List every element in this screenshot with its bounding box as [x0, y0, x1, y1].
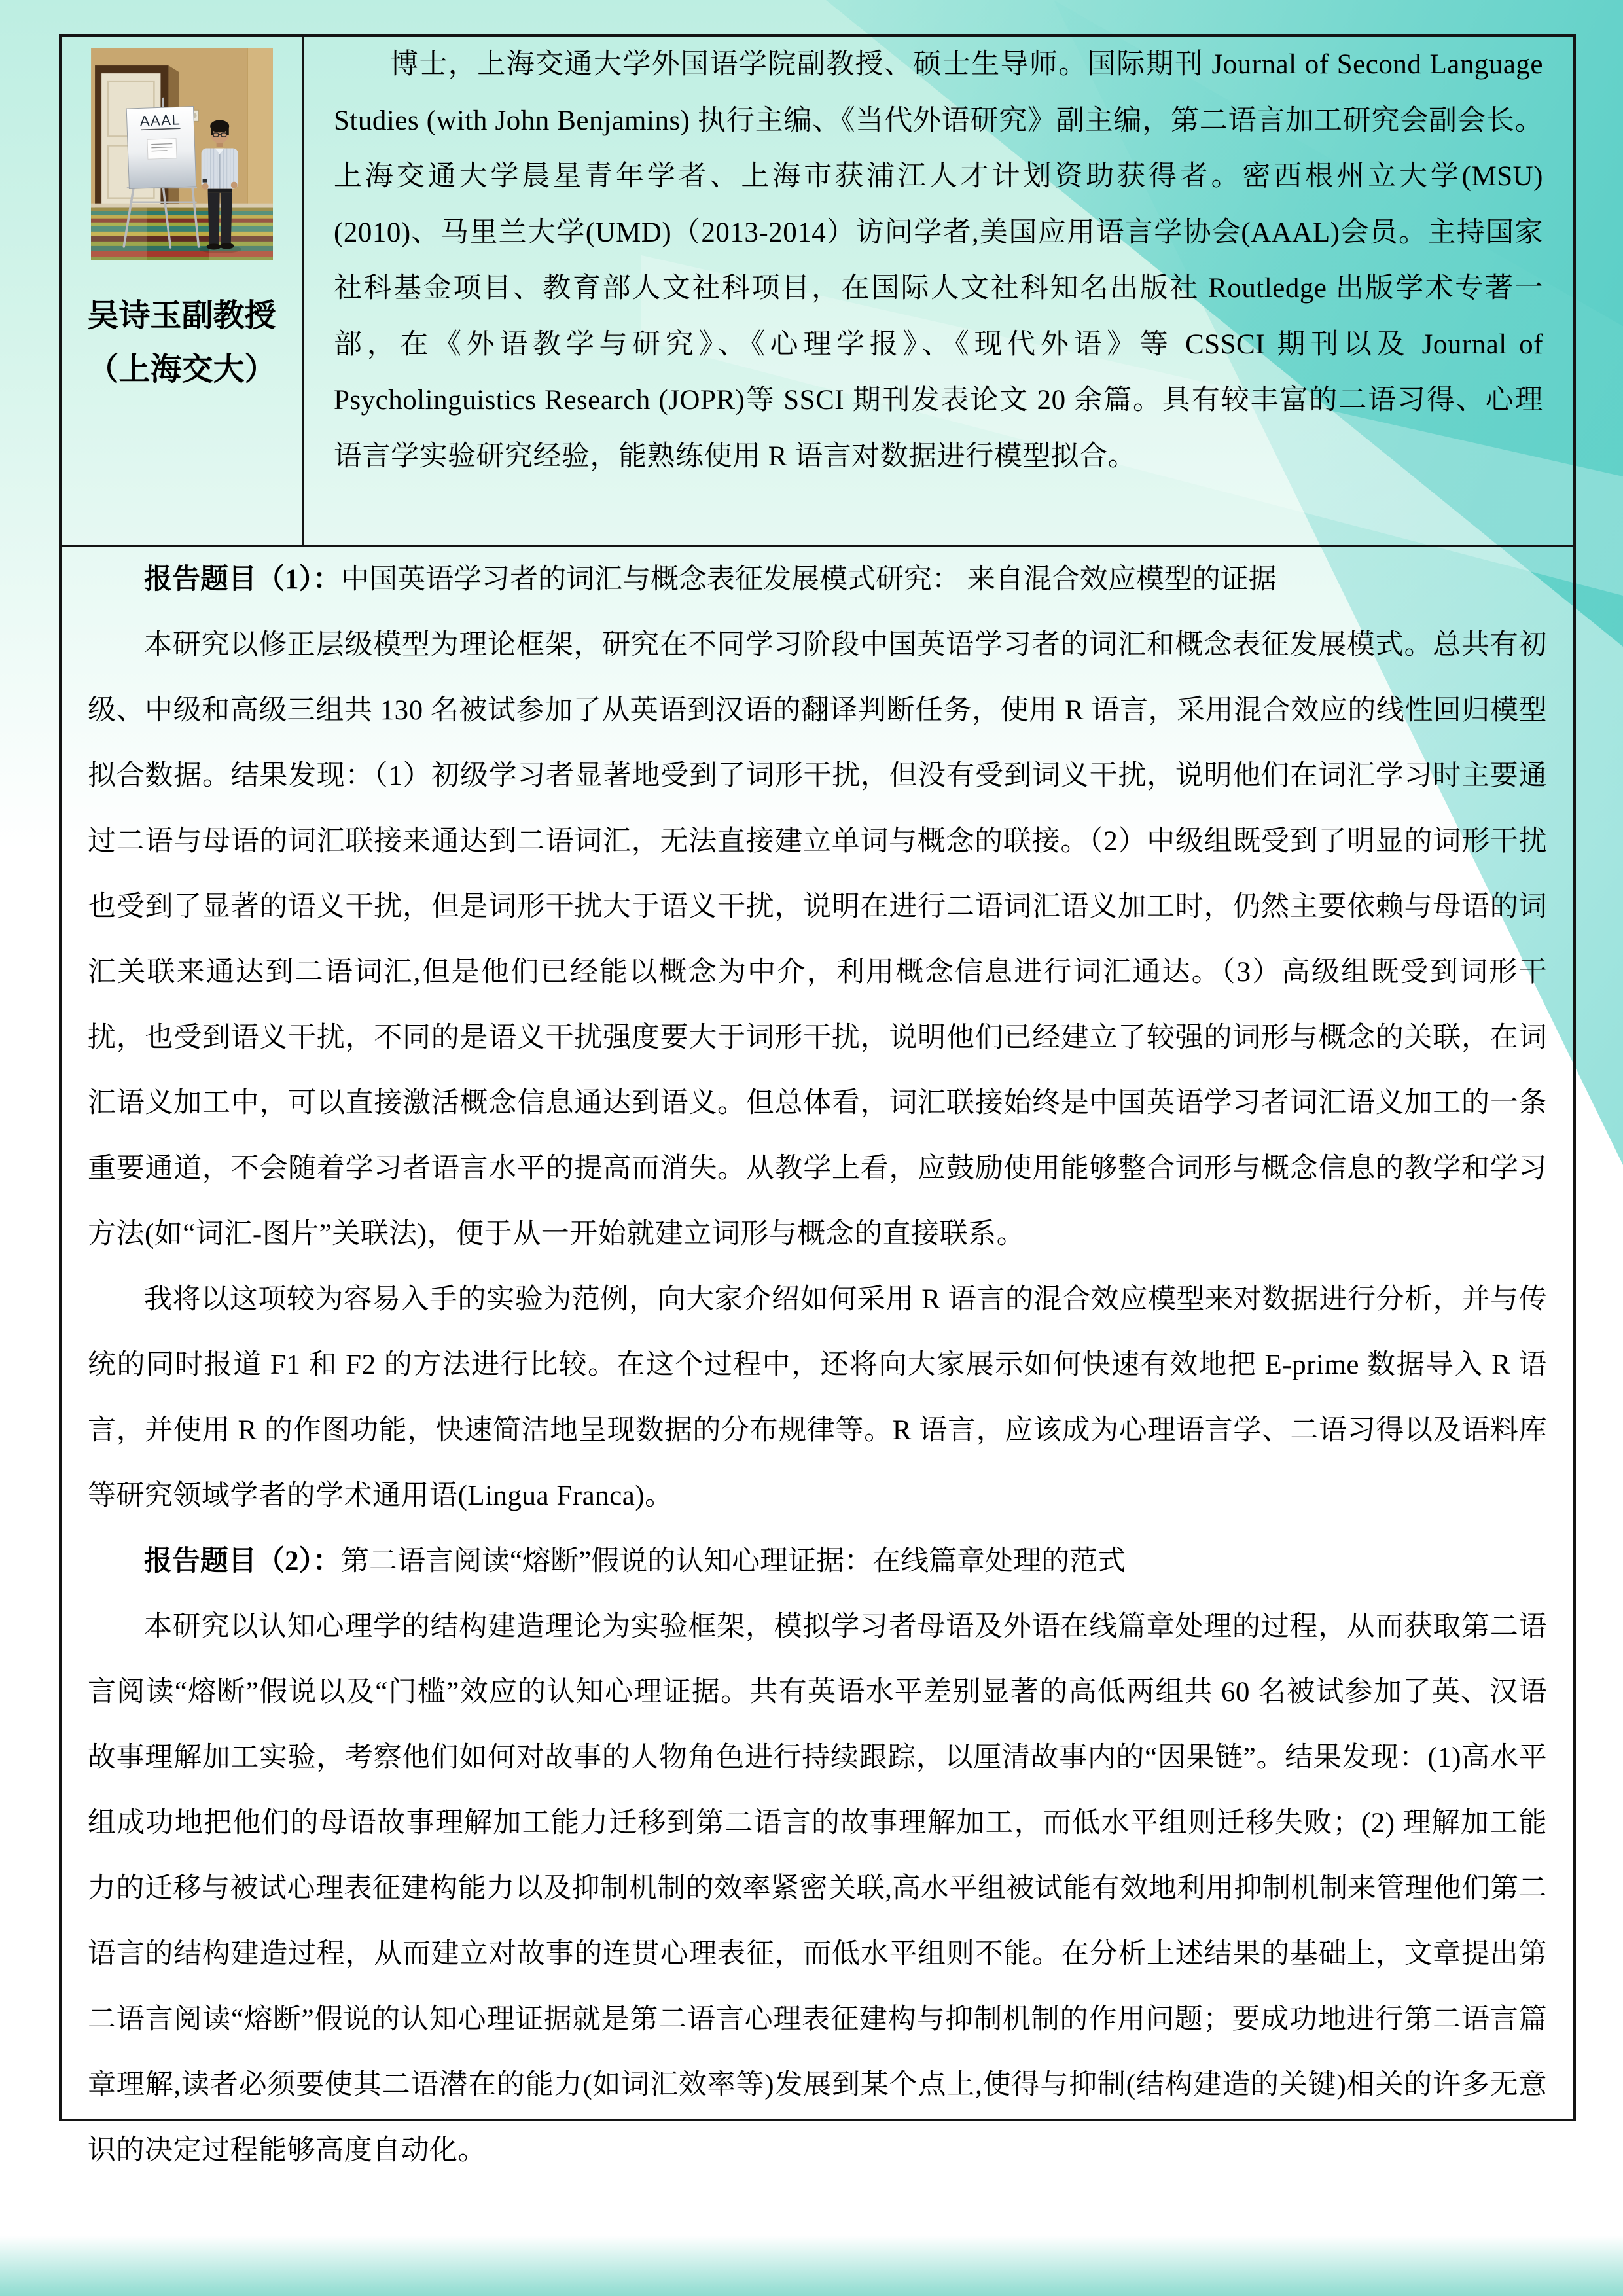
- speaker-name: 吴诗玉副教授: [87, 289, 276, 343]
- profile-row: AAAL: [62, 37, 1573, 547]
- speaker-caption: 吴诗玉副教授 （上海交大）: [87, 289, 276, 397]
- talk2-abstract-paragraph-1: 本研究以认知心理学的结构建造理论为实验框架，模拟学习者母语及外语在线篇章处理的过…: [88, 1594, 1547, 2183]
- talks-cell: 报告题目（1）：中国英语学习者的词汇与概念表征发展模式研究： 来自混合效应模型的…: [62, 547, 1573, 2183]
- aaal-poster-text: AAAL: [139, 111, 181, 129]
- talk2-title-text: 第二语言阅读“熔断”假说的认知心理证据：在线篇章处理的范式: [341, 1546, 1126, 1577]
- aaal-poster: AAAL: [126, 107, 196, 189]
- talk1-abstract-paragraph-1: 本研究以修正层级模型为理论框架，研究在不同学习阶段中国英语学习者的词汇和概念表征…: [88, 613, 1547, 1267]
- talk1-title-text: 中国英语学习者的词汇与概念表征发展模式研究： 来自混合效应模型的证据: [341, 564, 1277, 595]
- talk1-title: 报告题目（1）：中国英语学习者的词汇与概念表征发展模式研究： 来自混合效应模型的…: [88, 547, 1547, 613]
- photo-cell: AAAL: [62, 37, 304, 545]
- profile-table: AAAL: [59, 34, 1576, 2121]
- talk2-title: 报告题目（2）：第二语言阅读“熔断”假说的认知心理证据：在线篇章处理的范式: [88, 1529, 1547, 1594]
- speaker-photo: AAAL: [91, 48, 273, 260]
- speaker-affiliation: （上海交大）: [87, 343, 276, 397]
- talk1-abstract-paragraph-2: 我将以这项较为容易入手的实验为范例，向大家介绍如何采用 R 语言的混合效应模型来…: [88, 1267, 1547, 1529]
- background-gradient-bottom: [0, 2236, 1623, 2296]
- talk1-title-label: 报告题目（1）：: [144, 564, 341, 595]
- talk2-title-label: 报告题目（2）：: [144, 1546, 341, 1577]
- flyer-page: AAAL: [0, 0, 1623, 2296]
- photo-carpet: [91, 208, 273, 260]
- bio-cell: 博士，上海交通大学外国语学院副教授、硕士生导师。国际期刊 Journal of …: [304, 37, 1573, 545]
- speaker-bio-text: 博士，上海交通大学外国语学院副教授、硕士生导师。国际期刊 Journal of …: [334, 37, 1543, 484]
